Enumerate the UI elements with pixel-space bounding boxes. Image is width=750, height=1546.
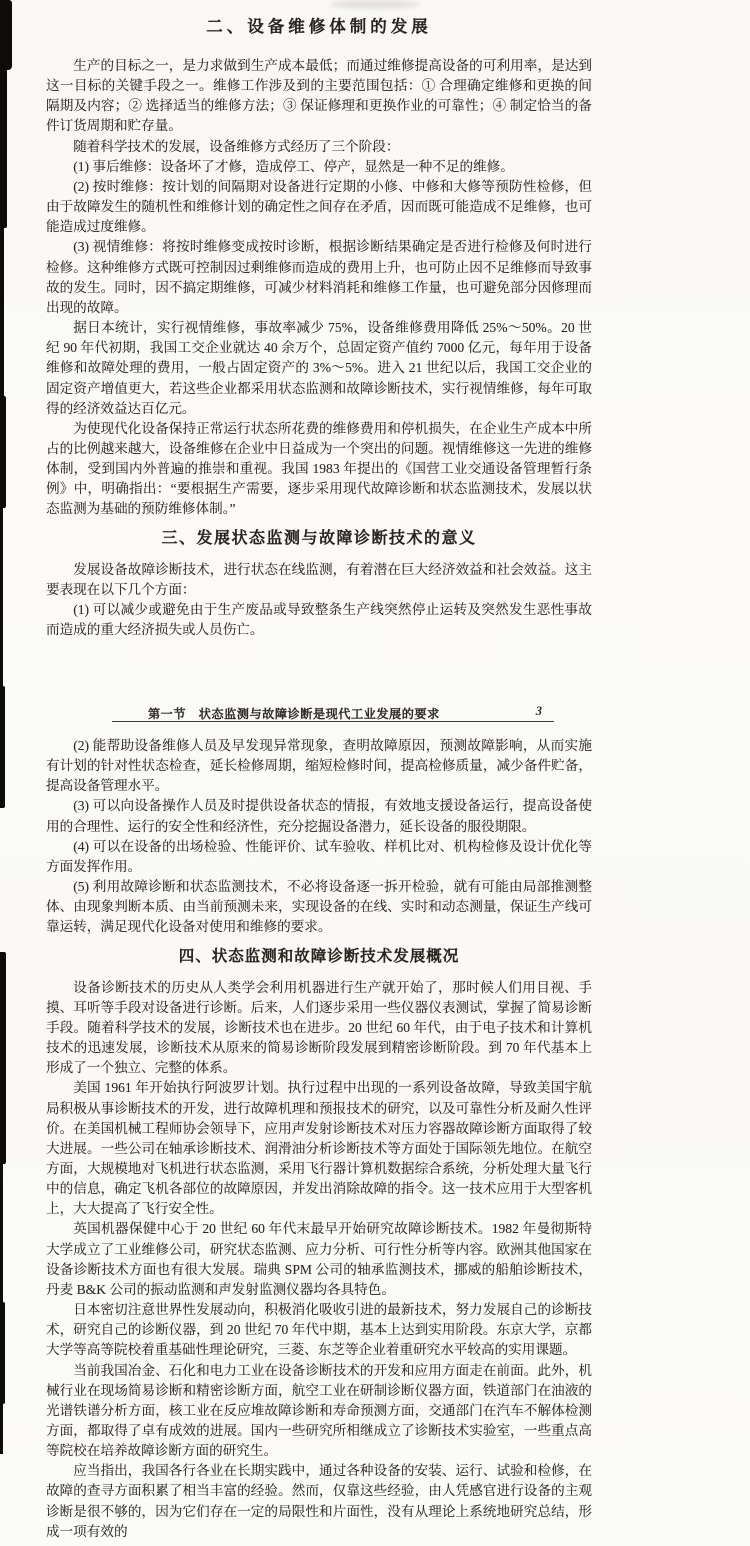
page-number: 3: [536, 704, 542, 719]
paragraph: 据日本统计，实行视情维修，事故率减少 75%，设备维修费用降低 25%～50%。…: [46, 318, 592, 419]
paragraph: 随着科学技术的发展，设备维修方式经历了三个阶段：: [46, 137, 592, 157]
paragraph: (3) 可以向设备操作人员及时提供设备状态的情报，有效地支援设备运行，提高设备使…: [46, 796, 592, 836]
page-2-body: (2) 能帮助设备维修人员及早发现异常现象，查明故障原因，预测故障影响，从而实施…: [46, 736, 592, 1542]
scan-edge-artifact: [0, 1402, 3, 1454]
paragraph: 发展设备故障诊断技术，进行状态在线监测，有着潜在巨大经济效益和社会效益。这主要表…: [46, 560, 592, 600]
scanned-book-page: 二、设备维修体制的发展 生产的目标之一，是力求做到生产成本最低；而通过维修提高设…: [0, 0, 750, 1546]
paragraph: 为使现代化设备保持正常运行状态所花费的维修费用和停机损失，在企业生产成本中所占的…: [46, 419, 592, 520]
paragraph: (2) 能帮助设备维修人员及早发现异常现象，查明故障原因，预测故障影响，从而实施…: [46, 736, 592, 796]
paragraph: (4) 可以在设备的出场检验、性能评价、试车验收、样机比对、机构检修及设计优化等…: [46, 837, 592, 877]
paragraph: 英国机器保健中心于 20 世纪 60 年代末最早开始研究故障诊断技术。1982 …: [46, 1219, 592, 1300]
page-1-content: 二、设备维修体制的发展 生产的目标之一，是力求做到生产成本最低；而通过维修提高设…: [46, 0, 592, 640]
scan-edge-artifact: [0, 1162, 3, 1304]
section-heading-2: 二、设备维修体制的发展: [46, 0, 592, 40]
scan-edge-artifact: [0, 396, 6, 508]
scan-edge-artifact: [0, 686, 5, 808]
paragraph: 日本密切注意世界性发展动向，积极消化吸收引进的最新技术，努力发展自己的诊断技术，…: [46, 1300, 592, 1360]
paragraph: (1) 可以减少或避免由于生产废品或导致整条生产线突然停止运转及突然发生恶性事故…: [46, 600, 592, 640]
paragraph: (5) 利用故障诊断和状态监测技术，不必将设备逐一拆开检验，就有可能由局部推测整…: [46, 877, 592, 937]
scan-edge-artifact: [0, 68, 7, 228]
running-header: 第一节 状态监测与故障诊断是现代工业发展的要求 3: [112, 700, 554, 722]
paragraph: 美国 1961 年开始执行阿波罗计划。执行过程中出现的一系列设备故障，导致美国宇…: [46, 1078, 592, 1219]
scan-edge-artifact: [0, 952, 6, 1164]
paragraph: 应当指出，我国各行各业在长期实践中，通过各种设备的安装、运行、试验和检修，在故障…: [46, 1461, 592, 1542]
paragraph: (3) 视情维修：将按时维修变成按时诊断，根据诊断结果确定是否进行检修及何时进行…: [46, 237, 592, 318]
paragraph: 设备诊断技术的历史从人类学会利用机器进行生产就开始了，那时候人们用目视、手摸、耳…: [46, 978, 592, 1079]
paragraph: 当前我国冶金、石化和电力工业在设备诊断技术的开发和应用方面走在前面。此外，机械行…: [46, 1361, 592, 1462]
paragraph: (1) 事后维修：设备坏了才修，造成停工、停产，显然是一种不足的维修。: [46, 157, 592, 177]
scan-edge-artifact: [0, 506, 3, 688]
scan-edge-artifact: [0, 0, 12, 70]
section-heading-3: 三、发展状态监测与故障诊断技术的意义: [46, 526, 592, 552]
scan-edge-artifact: [0, 1302, 5, 1404]
paragraph: (2) 按时维修：按计划的间隔期对设备进行定期的小修、中修和大修等预防性检修，但…: [46, 177, 592, 237]
section-heading-4: 四、状态监测和故障诊断技术发展概况: [46, 944, 592, 970]
running-header-title: 第一节 状态监测与故障诊断是现代工业发展的要求: [112, 707, 440, 721]
scan-edge-artifact: [0, 226, 4, 398]
page-2-content: 第一节 状态监测与故障诊断是现代工业发展的要求 3 (2) 能帮助设备维修人员及…: [46, 700, 592, 1542]
paragraph: 生产的目标之一，是力求做到生产成本最低；而通过维修提高设备的可利用率，是达到这一…: [46, 56, 592, 137]
